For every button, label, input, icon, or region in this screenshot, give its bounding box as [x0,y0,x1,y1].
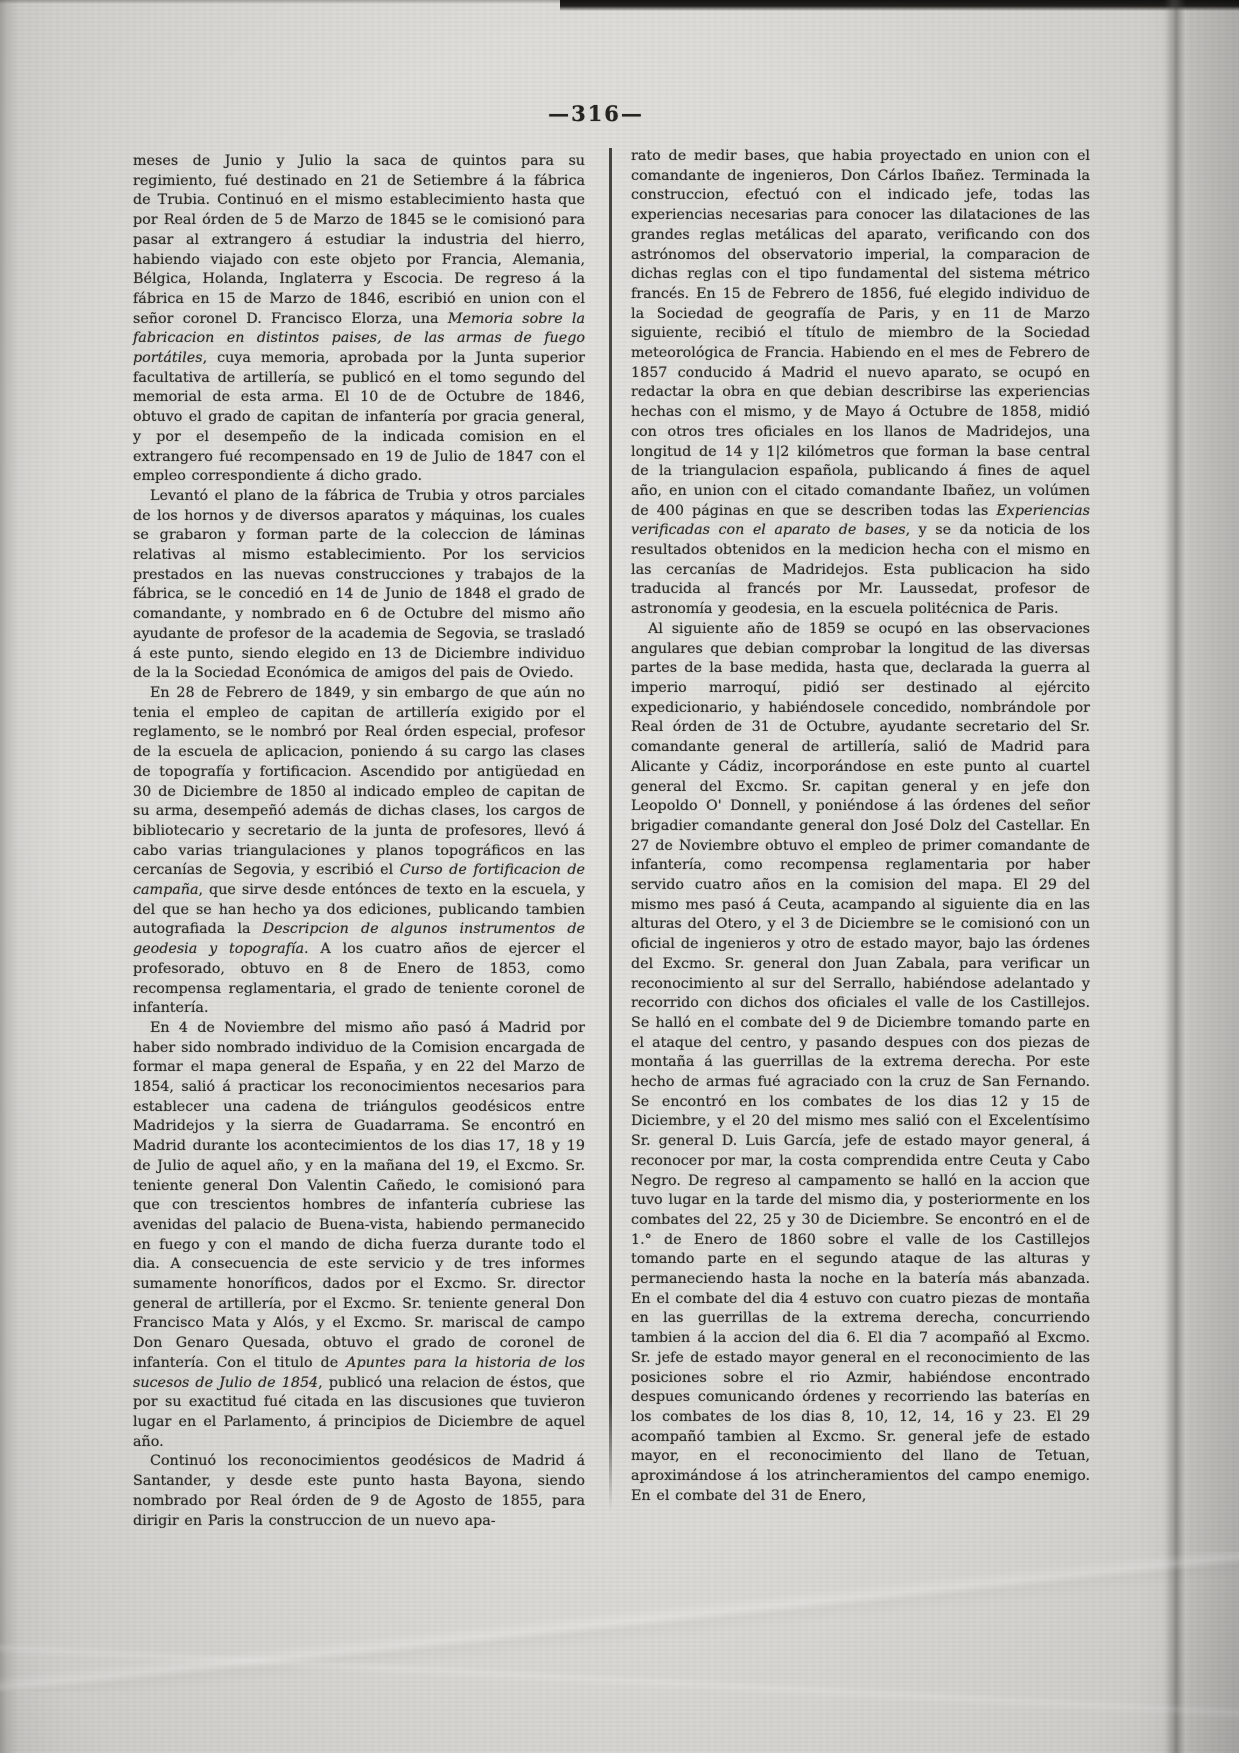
body-text: Continuó los reconocimientos geodésicos … [133,1453,585,1528]
body-text: meses de Junio y Julio la saca de quinto… [133,153,585,327]
paragraph: Levantó el plano de la fábrica de Trubia… [133,487,585,684]
body-text: En 28 de Febrero de 1849, y sin embargo … [133,685,585,878]
page-gutter-crease [1164,0,1186,1753]
paragraph: Continuó los reconocimientos geodésicos … [133,1452,585,1531]
body-text: Levantó el plano de la fábrica de Trubia… [133,488,585,681]
body-text: En 4 de Noviembre del mismo año pasó á M… [133,1020,585,1371]
top-scan-edge-shadow [0,0,560,4]
page-gutter-sliver [1186,0,1239,1753]
page-number: —316— [0,101,1192,126]
column-divider-rule [609,148,612,1510]
scanned-page: —316— meses de Junio y Julio la saca de … [0,0,1239,1753]
paper-crease [0,1552,1239,1692]
body-text: , cuya memoria, aprobada por la Junta su… [133,350,585,484]
paragraph: En 28 de Febrero de 1849, y sin embargo … [133,684,585,1019]
paragraph: Al siguiente año de 1859 se ocupó en las… [631,620,1090,1507]
body-text: rato de medir bases, que habia proyectad… [631,148,1090,519]
text-column-left: meses de Junio y Julio la saca de quinto… [133,152,585,1531]
top-scan-edge [560,0,1239,11]
paragraph: meses de Junio y Julio la saca de quinto… [133,152,585,487]
text-column-right: rato de medir bases, que habia proyectad… [631,147,1090,1507]
paper-crease [0,1620,1239,1740]
left-scan-edge [0,0,16,1753]
paragraph: rato de medir bases, que habia proyectad… [631,147,1090,620]
body-text: Al siguiente año de 1859 se ocupó en las… [631,621,1090,1504]
paragraph: En 4 de Noviembre del mismo año pasó á M… [133,1019,585,1452]
